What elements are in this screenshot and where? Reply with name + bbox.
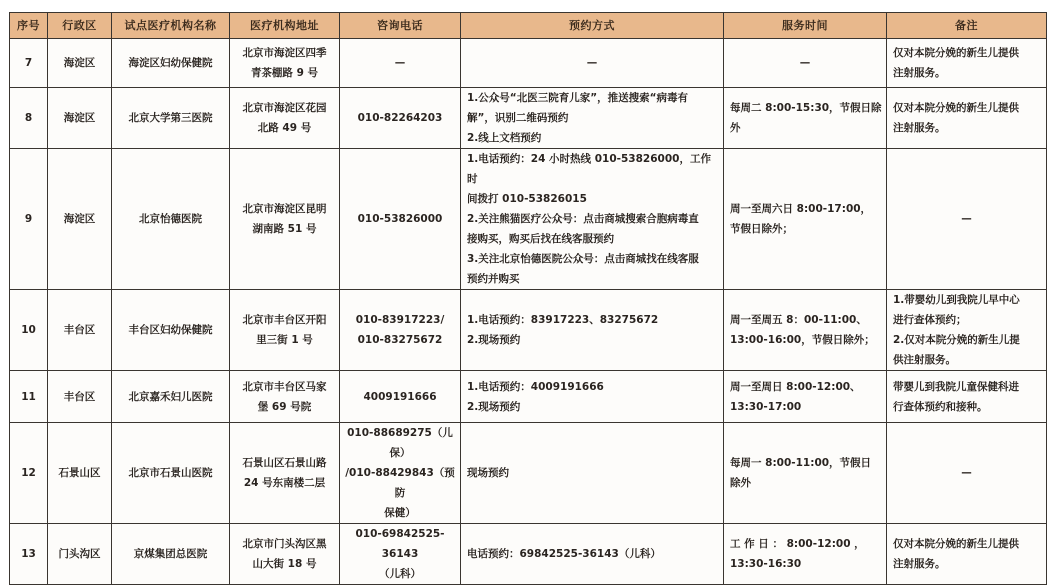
cell-note: 仅对本院分娩的新生儿提供 注射服务。 xyxy=(887,524,1047,531)
note-line: 注射服务。 xyxy=(893,63,1042,83)
address-line: 24 号东南楼二层 xyxy=(234,473,335,493)
hours-line: 每周一 8:00-11:00，节假日 xyxy=(730,453,882,473)
cell-address: 北京市门头沟区黑 山大街 18 号 xyxy=(230,524,340,531)
vaccination-sites-table: 序号 行政区 试点医疗机构名称 医疗机构地址 咨询电话 预约方式 服务时间 备注… xyxy=(9,12,1047,530)
booking-line: 间拨打 010-53826015 xyxy=(467,189,719,209)
booking-line: 1.电话预约：4009191666 xyxy=(467,377,719,397)
phone-line: 010-53826000 xyxy=(344,209,456,229)
cell-institution-name: 北京怡德医院 xyxy=(112,149,230,290)
cell-hours: 每周二 8:00-15:30，节假日除 外 xyxy=(724,88,887,149)
header-booking-method: 预约方式 xyxy=(461,13,724,39)
cell-note: 仅对本院分娩的新生儿提供 注射服务。 xyxy=(887,88,1047,149)
header-institution-name: 试点医疗机构名称 xyxy=(112,13,230,39)
booking-line: 2.线上文档预约 xyxy=(467,128,719,148)
cell-hours: 工 作 日 ： 8:00-12:00 ， 13:30-16:30 xyxy=(724,524,887,531)
cell-no: 7 xyxy=(10,39,48,88)
address-line: 青茶棚路 9 号 xyxy=(234,63,335,83)
cell-note: — xyxy=(887,423,1047,524)
note-line: — xyxy=(891,463,1042,483)
booking-line: 3.关注北京怡德医院公众号：点击商城找在线客服 xyxy=(467,249,719,269)
table-row: 13 门头沟区 京煤集团总医院 北京市门头沟区黑 山大街 18 号 010-69… xyxy=(10,524,1047,531)
hours-line: 每周二 8:00-15:30，节假日除 xyxy=(730,98,882,118)
booking-line: 2.关注熊猫医疗公众号：点击商城搜索合胞病毒直 xyxy=(467,209,719,229)
phone-line: 保健） xyxy=(344,503,456,523)
hours-line: 外 xyxy=(730,118,882,138)
cell-phone: 010-69842525-36143 （儿科） xyxy=(340,524,461,531)
table-row: 7 海淀区 海淀区妇幼保健院 北京市海淀区四季 青茶棚路 9 号 — — — 仅… xyxy=(10,39,1047,88)
booking-line: 解”，识别二维码预约 xyxy=(467,108,719,128)
booking-line: — xyxy=(465,53,719,73)
cell-note: 带婴儿到我院儿童保健科进 行查体预约和接种。 xyxy=(887,371,1047,423)
cell-district: 石景山区 xyxy=(48,423,112,524)
address-line: 堡 69 号院 xyxy=(234,397,335,417)
table-row: 10 丰台区 丰台区妇幼保健院 北京市丰台区开阳 里三街 1 号 010-839… xyxy=(10,290,1047,371)
cell-district: 丰台区 xyxy=(48,371,112,423)
cell-no: 11 xyxy=(10,371,48,423)
table-row: 9 海淀区 北京怡德医院 北京市海淀区昆明 湖南路 51 号 010-53826… xyxy=(10,149,1047,290)
cell-hours: 每周一 8:00-11:00，节假日 除外 xyxy=(724,423,887,524)
hours-line: 节假日除外； xyxy=(730,219,882,239)
note-line: 2.仅对本院分娩的新生儿提 xyxy=(893,330,1042,350)
cell-phone: 4009191666 xyxy=(340,371,461,423)
note-line: 进行查体预约； xyxy=(893,310,1042,330)
cell-address: 北京市丰台区马家 堡 69 号院 xyxy=(230,371,340,423)
address-line: 北京市海淀区花园 xyxy=(234,98,335,118)
cell-district: 海淀区 xyxy=(48,149,112,290)
address-line: 北京市丰台区开阳 xyxy=(234,310,335,330)
booking-line: 2.现场预约 xyxy=(467,330,719,350)
note-line: 1.带婴幼儿到我院儿早中心 xyxy=(893,290,1042,310)
phone-line: 4009191666 xyxy=(344,387,456,407)
phone-line: — xyxy=(344,53,456,73)
cell-hours: — xyxy=(724,39,887,88)
address-line: 湖南路 51 号 xyxy=(234,219,335,239)
cell-booking: 1.电话预约：4009191666 2.现场预约 xyxy=(461,371,724,423)
cell-no: 9 xyxy=(10,149,48,290)
address-line: 北京市海淀区四季 xyxy=(234,43,335,63)
table-header-row: 序号 行政区 试点医疗机构名称 医疗机构地址 咨询电话 预约方式 服务时间 备注 xyxy=(10,13,1047,39)
phone-line: 010-82264203 xyxy=(344,108,456,128)
note-line: 注射服务。 xyxy=(893,118,1042,138)
cell-hours: 周一至周五 8：00-11:00、 13:00-16:00，节假日除外； xyxy=(724,290,887,371)
table-row: 12 石景山区 北京市石景山医院 石景山区石景山路 24 号东南楼二层 010-… xyxy=(10,423,1047,524)
cell-address: 北京市海淀区花园 北路 49 号 xyxy=(230,88,340,149)
cell-booking: 电话预约：69842525-36143（儿科） xyxy=(461,524,724,531)
header-notes: 备注 xyxy=(887,13,1047,39)
cell-district: 海淀区 xyxy=(48,88,112,149)
cell-institution-name: 丰台区妇幼保健院 xyxy=(112,290,230,371)
booking-line: 现场预约 xyxy=(467,463,719,483)
table-row: 11 丰台区 北京嘉禾妇儿医院 北京市丰台区马家 堡 69 号院 4009191… xyxy=(10,371,1047,423)
cell-no: 13 xyxy=(10,524,48,531)
address-line: 北京市丰台区马家 xyxy=(234,377,335,397)
cell-phone: — xyxy=(340,39,461,88)
address-line: 北路 49 号 xyxy=(234,118,335,138)
cell-institution-name: 海淀区妇幼保健院 xyxy=(112,39,230,88)
cell-address: 北京市海淀区昆明 湖南路 51 号 xyxy=(230,149,340,290)
cell-district: 海淀区 xyxy=(48,39,112,88)
hours-line: 13:00-16:00，节假日除外； xyxy=(730,330,882,350)
note-line: 仅对本院分娩的新生儿提供 xyxy=(893,43,1042,63)
cell-booking: 1.公众号“北医三院育儿家”，推送搜索“病毒有 解”，识别二维码预约 2.线上文… xyxy=(461,88,724,149)
cell-institution-name: 北京市石景山医院 xyxy=(112,423,230,524)
header-phone: 咨询电话 xyxy=(340,13,461,39)
note-line: 供注射服务。 xyxy=(893,350,1042,370)
note-line: — xyxy=(891,209,1042,229)
cell-note: 仅对本院分娩的新生儿提供 注射服务。 xyxy=(887,39,1047,88)
cell-institution-name: 北京大学第三医院 xyxy=(112,88,230,149)
note-line: 带婴儿到我院儿童保健科进 xyxy=(893,377,1042,397)
address-line: 石景山区石景山路 xyxy=(234,453,335,473)
cell-booking: 现场预约 xyxy=(461,423,724,524)
booking-line: 预约并购买 xyxy=(467,269,719,289)
hours-line: 周一至周六日 8:00-17:00， xyxy=(730,199,882,219)
booking-line: 接购买，购买后找在线客服预约 xyxy=(467,229,719,249)
cell-phone: 010-53826000 xyxy=(340,149,461,290)
cell-booking: 1.电话预约：24 小时热线 010-53826000，工作时 间拨打 010-… xyxy=(461,149,724,290)
hours-line: 13:30-17:00 xyxy=(730,397,882,417)
header-address: 医疗机构地址 xyxy=(230,13,340,39)
hours-line: 周一至周五 8：00-11:00、 xyxy=(730,310,882,330)
cell-booking: 1.电话预约：83917223、83275672 2.现场预约 xyxy=(461,290,724,371)
cell-address: 北京市丰台区开阳 里三街 1 号 xyxy=(230,290,340,371)
cell-district: 丰台区 xyxy=(48,290,112,371)
table-row: 8 海淀区 北京大学第三医院 北京市海淀区花园 北路 49 号 010-8226… xyxy=(10,88,1047,149)
cell-hours: 周一至周六日 8:00-17:00， 节假日除外； xyxy=(724,149,887,290)
cell-address: 北京市海淀区四季 青茶棚路 9 号 xyxy=(230,39,340,88)
cell-note: 1.带婴幼儿到我院儿早中心 进行查体预约； 2.仅对本院分娩的新生儿提 供注射服… xyxy=(887,290,1047,371)
cell-no: 10 xyxy=(10,290,48,371)
booking-line: 1.电话预约：24 小时热线 010-53826000，工作时 xyxy=(467,149,719,189)
phone-line: 010-69842525-36143 xyxy=(344,524,456,530)
phone-line: 010-83275672 xyxy=(344,330,456,350)
booking-line: 2.现场预约 xyxy=(467,397,719,417)
vaccination-sites-table-container: 序号 行政区 试点医疗机构名称 医疗机构地址 咨询电话 预约方式 服务时间 备注… xyxy=(9,12,1046,530)
header-no: 序号 xyxy=(10,13,48,39)
phone-line: 010-83917223/ xyxy=(344,310,456,330)
cell-note: — xyxy=(887,149,1047,290)
hours-line: 除外 xyxy=(730,473,882,493)
cell-no: 12 xyxy=(10,423,48,524)
booking-line: 1.电话预约：83917223、83275672 xyxy=(467,310,719,330)
cell-no: 8 xyxy=(10,88,48,149)
note-line: 行查体预约和接种。 xyxy=(893,397,1042,417)
hours-line: — xyxy=(728,53,882,73)
cell-institution-name: 北京嘉禾妇儿医院 xyxy=(112,371,230,423)
cell-hours: 周一至周日 8:00-12:00、 13:30-17:00 xyxy=(724,371,887,423)
cell-phone: 010-83917223/ 010-83275672 xyxy=(340,290,461,371)
hours-line: 周一至周日 8:00-12:00、 xyxy=(730,377,882,397)
address-line: 北京市海淀区昆明 xyxy=(234,199,335,219)
cell-district: 门头沟区 xyxy=(48,524,112,531)
booking-line: 1.公众号“北医三院育儿家”，推送搜索“病毒有 xyxy=(467,88,719,108)
header-district: 行政区 xyxy=(48,13,112,39)
phone-line: 010-88689275（儿保） xyxy=(344,423,456,463)
cell-phone: 010-82264203 xyxy=(340,88,461,149)
cell-booking: — xyxy=(461,39,724,88)
note-line: 仅对本院分娩的新生儿提供 xyxy=(893,98,1042,118)
phone-line: /010-88429843（预防 xyxy=(344,463,456,503)
address-line: 里三街 1 号 xyxy=(234,330,335,350)
cell-institution-name: 京煤集团总医院 xyxy=(112,524,230,531)
header-service-hours: 服务时间 xyxy=(724,13,887,39)
cell-address: 石景山区石景山路 24 号东南楼二层 xyxy=(230,423,340,524)
cell-phone: 010-88689275（儿保） /010-88429843（预防 保健） xyxy=(340,423,461,524)
